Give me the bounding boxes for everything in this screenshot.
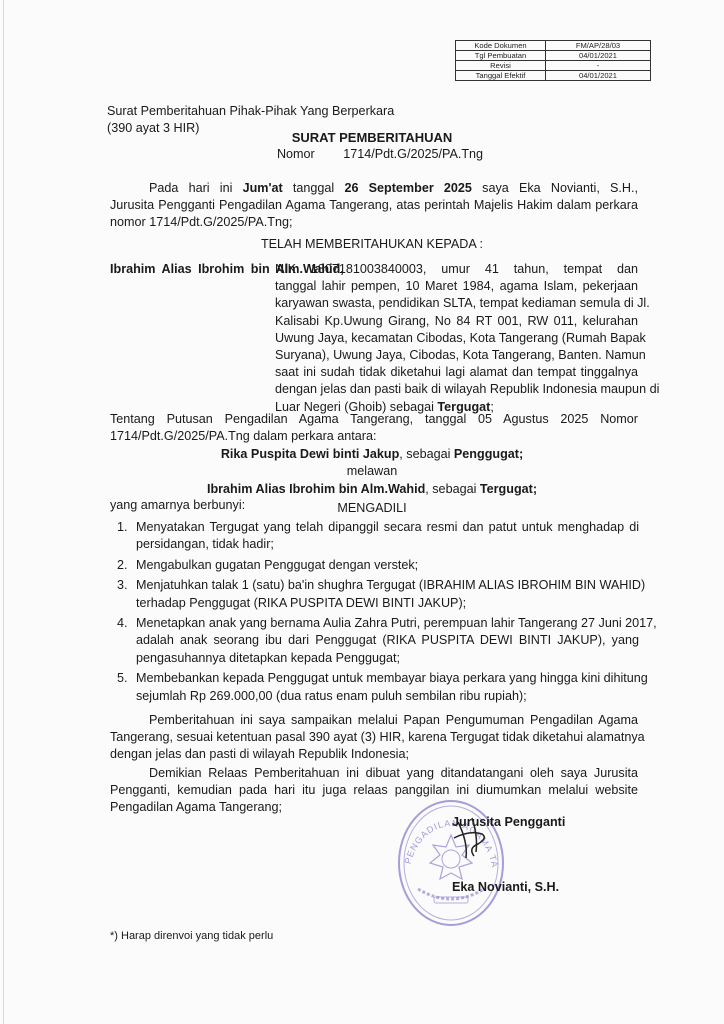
verdict-item: 2.Mengabulkan gugatan Penggugat dengan v… [109,557,639,574]
document-control-table: Kode DokumenFM/AP/28/03 Tgl Pembuatan04/… [455,40,651,81]
doc-value: - [546,61,651,71]
decision-paragraph: Tentang Putusan Pengadilan Agama Tangera… [110,411,638,445]
doc-label: Tanggal Efektif [456,71,546,81]
section-heading: TELAH MEMBERITAHUKAN KEPADA : [0,236,724,253]
doc-label: Tgl Pembuatan [456,51,546,61]
verdict-item: 4.Menetapkan anak yang bernama Aulia Zah… [109,615,639,667]
header-line: Surat Pemberitahuan Pihak-Pihak Yang Ber… [107,103,394,120]
document-number: Nomor 1714/Pdt.G/2025/PA.Tng [0,146,724,163]
signature-icon [448,812,498,862]
doc-row: Revisi- [456,61,651,71]
plaintiff-line: Rika Puspita Dewi binti Jakup, sebagai P… [0,446,724,463]
verdict-item: 3.Menjatuhkan talak 1 (satu) ba'in shugh… [109,577,639,612]
closing-paragraph-2: Demikian Relaas Pemberitahuan ini dibuat… [110,765,638,817]
closing-paragraph-1: Pemberitahuan ini saya sampaikan melalui… [110,712,638,764]
verdict-item: 5.Membebankan kepada Penggugat untuk mem… [109,670,639,705]
doc-value: FM/AP/28/03 [546,41,651,51]
versus-line: melawan [0,463,724,480]
page-title: SURAT PEMBERITAHUAN [0,129,724,146]
nomor-label: Nomor [277,147,315,161]
recipient-details: NIK 1807181003840003, umur 41 tahun, tem… [275,261,638,416]
doc-value: 04/01/2021 [546,71,651,81]
footnote: *) Harap direnvoi yang tidak perlu [110,928,273,945]
mengadili-heading: MENGADILI [0,500,724,517]
signer-name: Eka Novianti, S.H. [452,879,559,896]
opening-paragraph: Pada hari ini Jum'at tanggal 26 Septembe… [110,180,638,232]
doc-row: Tgl Pembuatan04/01/2021 [456,51,651,61]
nomor-value: 1714/Pdt.G/2025/PA.Tng [343,147,483,161]
defendant-line: Ibrahim Alias Ibrohim bin Alm.Wahid, seb… [0,481,724,498]
doc-label: Revisi [456,61,546,71]
doc-value: 04/01/2021 [546,51,651,61]
verdict-item: 1.Menyatakan Tergugat yang telah dipangg… [109,519,639,554]
doc-label: Kode Dokumen [456,41,546,51]
doc-row: Tanggal Efektif04/01/2021 [456,71,651,81]
verdict-list: 1.Menyatakan Tergugat yang telah dipangg… [109,519,639,708]
doc-row: Kode DokumenFM/AP/28/03 [456,41,651,51]
